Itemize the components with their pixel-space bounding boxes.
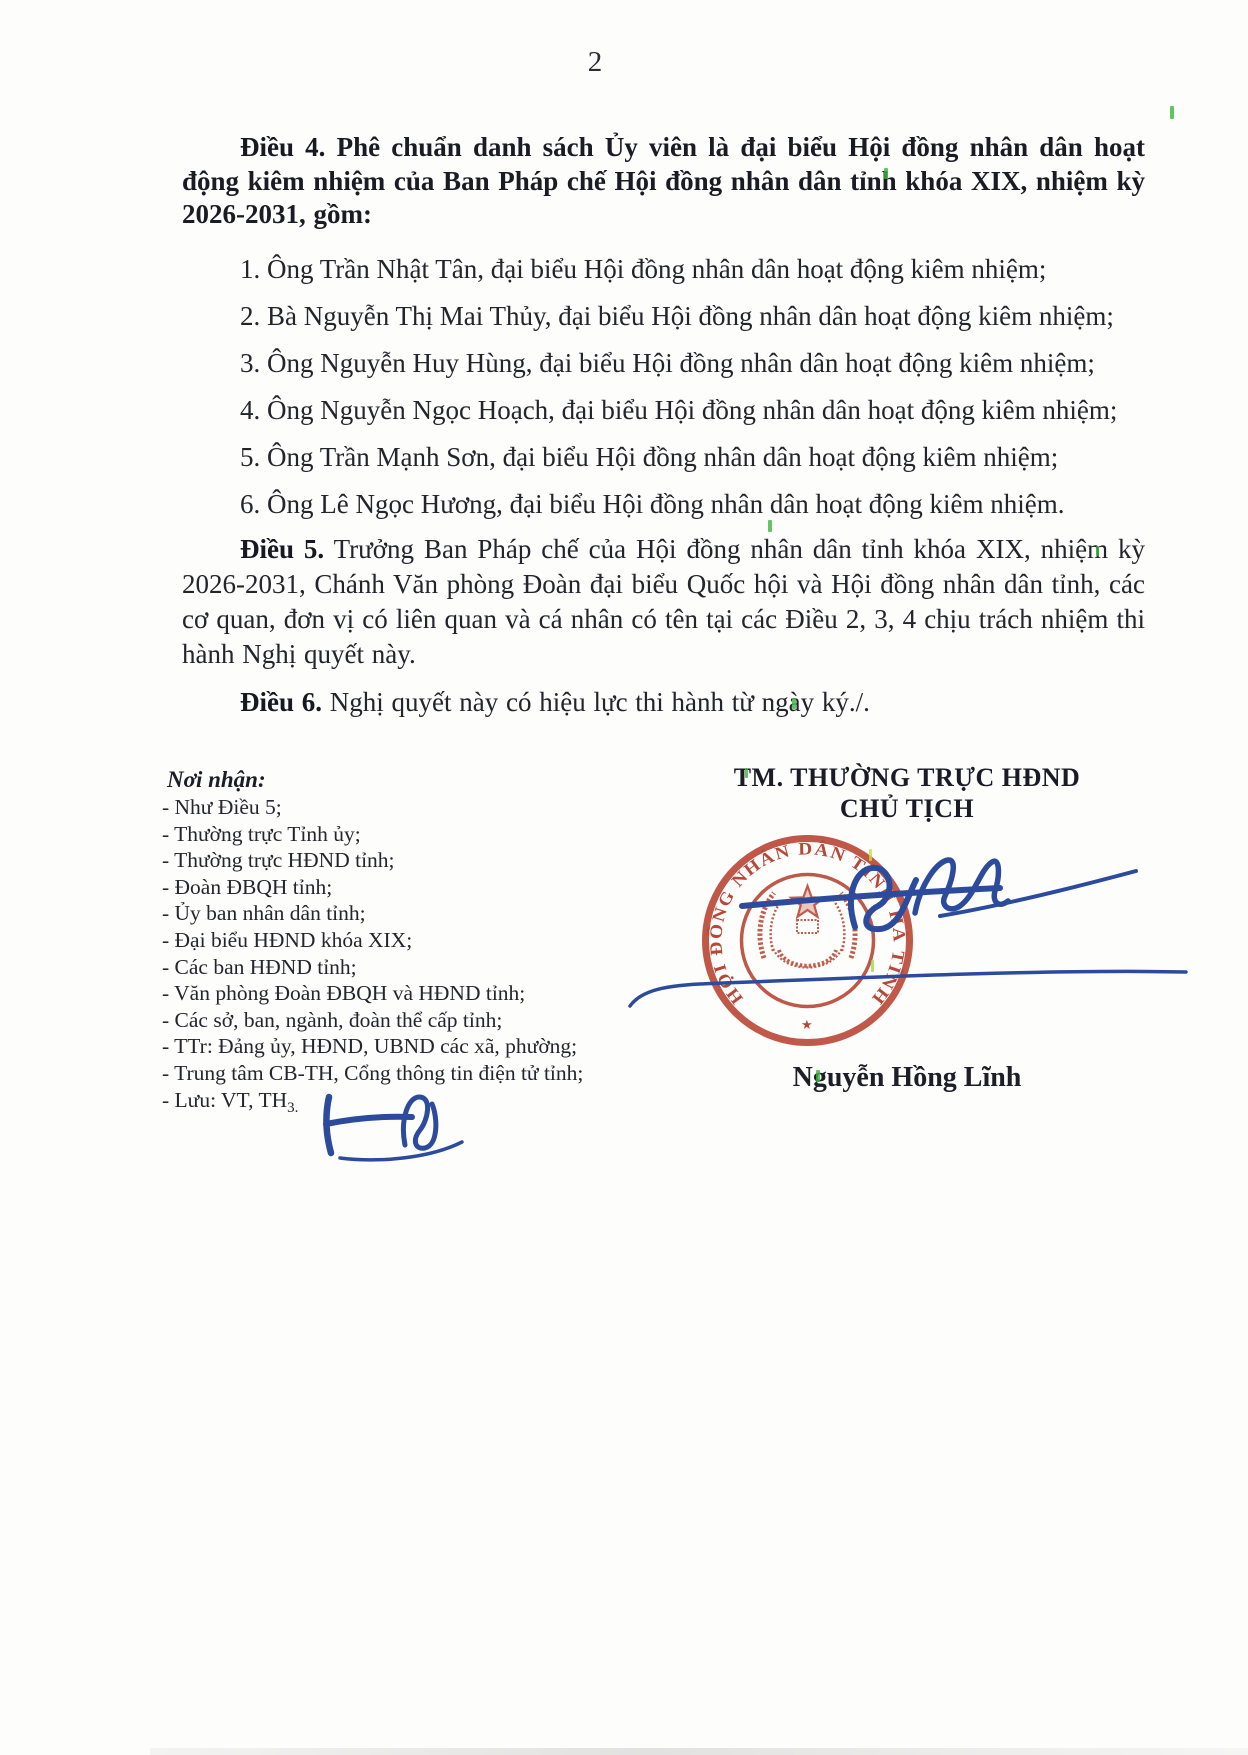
scan-artifact xyxy=(1170,106,1174,119)
article-5-text: Trưởng Ban Pháp chế của Hội đồng nhân dâ… xyxy=(182,534,1145,669)
signer-name: Nguyễn Hồng Lĩnh xyxy=(726,1062,1088,1094)
document-body: Điều 4. Phê chuẩn danh sách Ủy viên là đ… xyxy=(182,131,1145,719)
recipient-item: - Văn phòng Đoàn ĐBQH và HĐND tỉnh; xyxy=(162,980,632,1007)
member-item: 5. Ông Trần Mạnh Sơn, đại biểu Hội đồng … xyxy=(182,440,1145,474)
member-item: 6. Ông Lê Ngọc Hương, đại biểu Hội đồng … xyxy=(182,487,1145,521)
article-4-paragraph: Điều 4. Phê chuẩn danh sách Ủy viên là đ… xyxy=(182,131,1145,232)
article-4-label: Điều 4. xyxy=(240,132,325,162)
article-4-text: Phê chuẩn danh sách Ủy viên là đại biểu … xyxy=(182,132,1145,229)
scan-artifact xyxy=(792,698,796,709)
seal-star-separator: ★ xyxy=(801,1017,813,1032)
member-item: 4. Ông Nguyễn Ngọc Hoạch, đại biểu Hội đ… xyxy=(182,393,1145,427)
recipient-luu-text: - Lưu: VT, TH xyxy=(162,1088,287,1112)
chairman-signature xyxy=(595,840,1248,1015)
article-6-text: Nghị quyết này có hiệu lực thi hành từ n… xyxy=(322,687,870,717)
member-item: 1. Ông Trần Nhật Tân, đại biểu Hội đồng … xyxy=(182,252,1145,286)
signature-heading: TM. THƯỜNG TRỰC HĐND CHỦ TỊCH xyxy=(726,762,1088,824)
signature-authority-line: TM. THƯỜNG TRỰC HĐND xyxy=(726,762,1088,793)
recipient-item: - Đại biểu HĐND khóa XIX; xyxy=(162,927,632,954)
scan-artifact xyxy=(816,1070,820,1082)
recipient-item: - Đoàn ĐBQH tỉnh; xyxy=(162,874,632,901)
member-item: 2. Bà Nguyễn Thị Mai Thủy, đại biểu Hội … xyxy=(182,299,1145,333)
document-page: 2 Điều 4. Phê chuẩn danh sách Ủy viên là… xyxy=(0,0,1248,1755)
scan-artifact xyxy=(745,768,748,778)
recipient-item: - Các ban HĐND tỉnh; xyxy=(162,954,632,981)
clerk-initials-signature xyxy=(295,1088,485,1173)
signature-title-line: CHỦ TỊCH xyxy=(726,793,1088,824)
scan-artifact xyxy=(869,849,872,861)
member-item: 3. Ông Nguyễn Huy Hùng, đại biểu Hội đồn… xyxy=(182,346,1145,380)
scan-artifact xyxy=(884,168,888,179)
signature-underline-stroke xyxy=(630,971,1186,1006)
recipient-item: - Thường trực Tỉnh ủy; xyxy=(162,821,632,848)
initials-tail-stroke xyxy=(340,1142,462,1160)
recipient-item: - TTr: Đảng ủy, HĐND, UBND các xã, phườn… xyxy=(162,1033,632,1060)
scan-artifact xyxy=(768,520,772,532)
scanner-edge-streak xyxy=(150,1748,1248,1755)
recipient-item: - Các sở, ban, ngành, đoàn thể cấp tỉnh; xyxy=(162,1007,632,1034)
recipient-item: - Ủy ban nhân dân tỉnh; xyxy=(162,900,632,927)
scan-artifact xyxy=(871,960,874,972)
page-number: 2 xyxy=(0,46,1190,79)
article-6-label: Điều 6. xyxy=(240,687,322,717)
scan-artifact xyxy=(1096,546,1099,556)
article-5-label: Điều 5. xyxy=(240,534,324,564)
member-list: 1. Ông Trần Nhật Tân, đại biểu Hội đồng … xyxy=(182,252,1145,521)
recipients-title: Nơi nhận: xyxy=(167,766,632,794)
recipients-block: Nơi nhận: - Như Điều 5; - Thường trực Tỉ… xyxy=(162,766,632,1121)
recipient-item: - Thường trực HĐND tỉnh; xyxy=(162,847,632,874)
article-6-paragraph: Điều 6. Nghị quyết này có hiệu lực thi h… xyxy=(182,685,1145,719)
recipient-item: - Trung tâm CB-TH, Cổng thông tin điện t… xyxy=(162,1060,632,1087)
initials-bar-stroke xyxy=(326,1117,412,1124)
recipient-item: - Như Điều 5; xyxy=(162,794,632,821)
article-5-paragraph: Điều 5. Trưởng Ban Pháp chế của Hội đồng… xyxy=(182,532,1145,672)
initials-loops-stroke xyxy=(403,1097,435,1148)
